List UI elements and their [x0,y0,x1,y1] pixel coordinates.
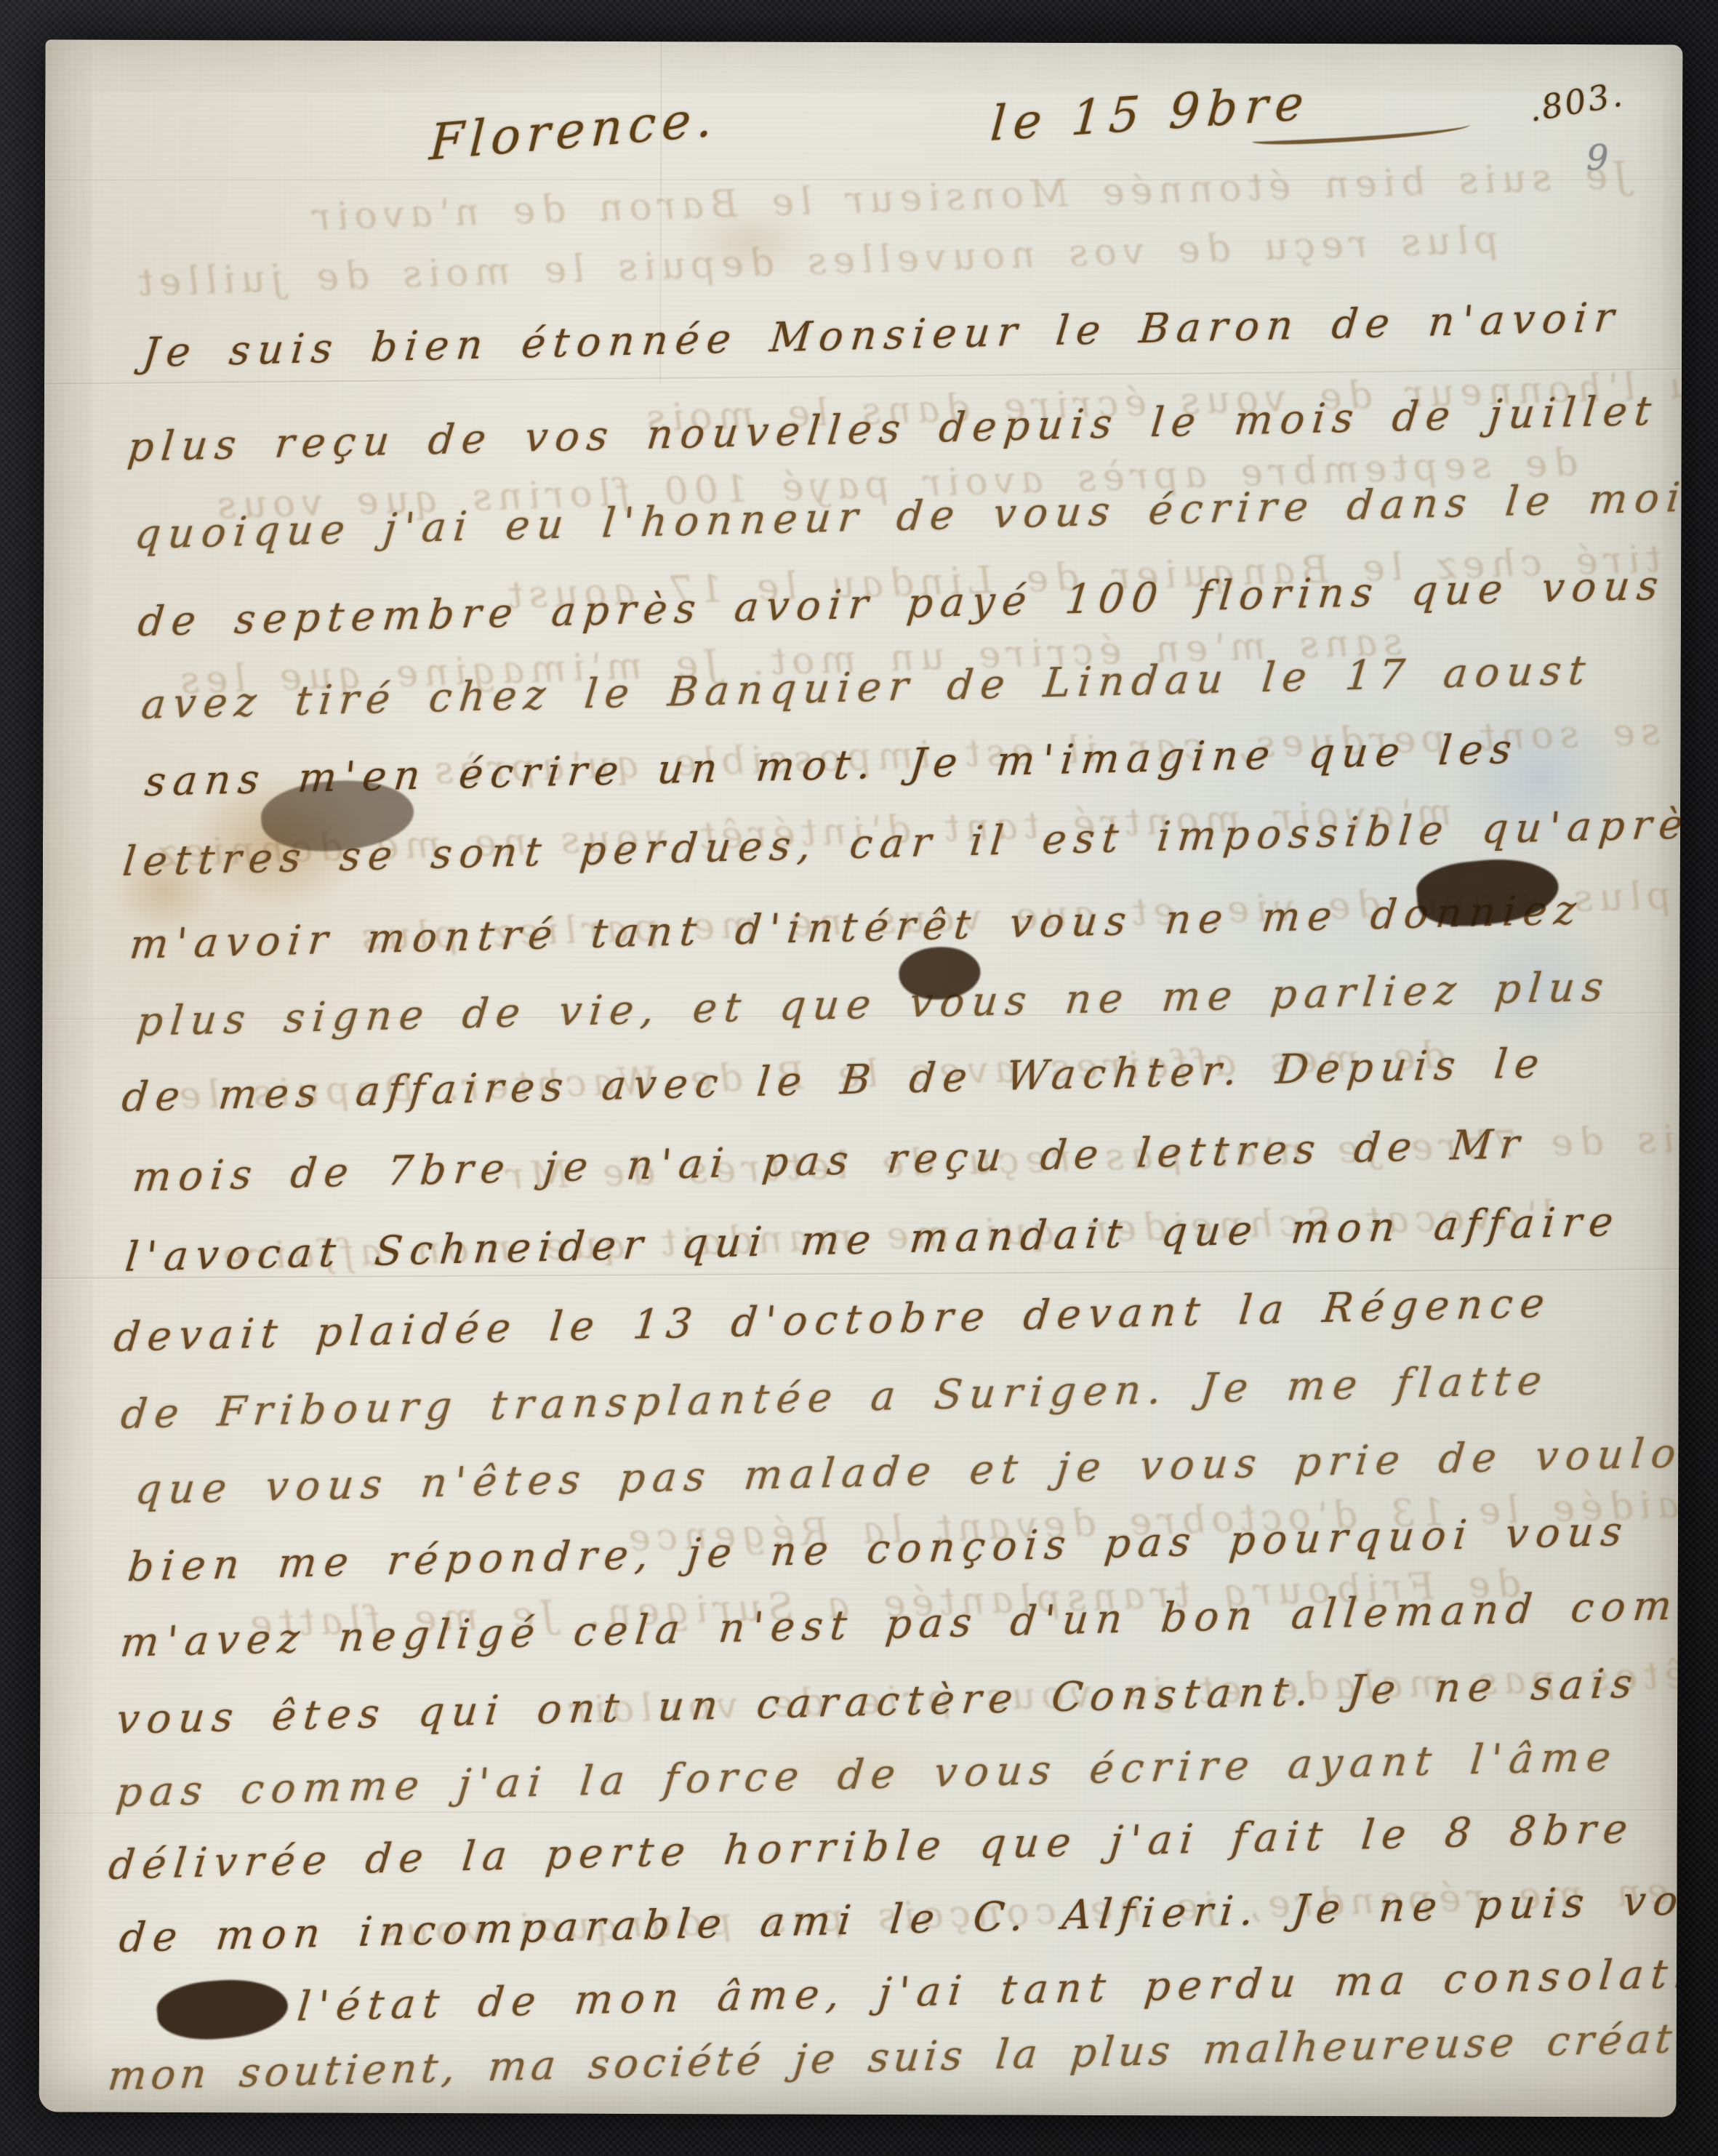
letter-line: que vous n'êtes pas malade et je vous pr… [133,1428,1682,1514]
stain-tan [648,187,851,297]
letter-page: Florence. le 15 9bre .803. 9 Je suis bie… [39,39,1683,2117]
ink-showthrough-line: plus reçu de vos nouvelles depuis le moi… [131,218,1501,305]
letter-line: l'état de mon âme, j'ai tant perdu ma co… [295,1948,1683,2030]
archive-number-ink: .803. [1526,74,1627,129]
letter-place: Florence. [428,90,720,172]
letter-line: de mes affaires avec le B de Wachter. De… [120,1040,1549,1121]
ink-blot [155,1975,290,2044]
letter-line: l'avocat Schneider qui me mandait que mo… [123,1198,1623,1281]
letter-line: plus reçu de vos nouvelles depuis le moi… [126,387,1661,471]
page-number-pencil: 9 [1586,137,1609,178]
letter-line: de mon incomparable ami le C. Alfieri. J… [117,1875,1682,1962]
letter-line: m'avoir montré tant d'intérêt vous ne me… [127,886,1585,969]
letter-line: pas comme j'ai la force de vous écrire a… [114,1733,1621,1816]
letter-line: bien me répondre, je ne conçois pas pour… [126,1507,1631,1591]
letter-line: mois de 7bre je n'ai pas reçu de lettres… [130,1121,1528,1201]
letter-line: plus signe de vie, et que vous ne me par… [135,963,1613,1046]
letter-line: délivrée de la perte horrible que j'ai f… [106,1805,1637,1888]
letter-line: de Fribourg transplantée a Surigen. Je m… [119,1357,1551,1438]
letter-line: m'avez negligé cela n'est pas d'un bon a… [118,1580,1682,1667]
fold-crease [45,179,1682,183]
letter-line: quoique j'ai eu l'honneur de vous écrire… [132,473,1682,558]
ink-showthrough-line: Je suis bien étonnée Monsieur le Baron d… [305,153,1630,239]
letter-line: Je suis bien étonnée Monsieur le Baron d… [140,294,1623,377]
letter-line: avez tiré chez le Banquier de Lindau le … [140,646,1595,729]
letter-line: de septembre après avoir payé 100 florin… [136,561,1668,645]
letter-line: devait plaidée le 13 d'octobre devant la… [112,1279,1554,1360]
letter-line: vous êtes qui ont un caractère Constant.… [114,1660,1642,1744]
